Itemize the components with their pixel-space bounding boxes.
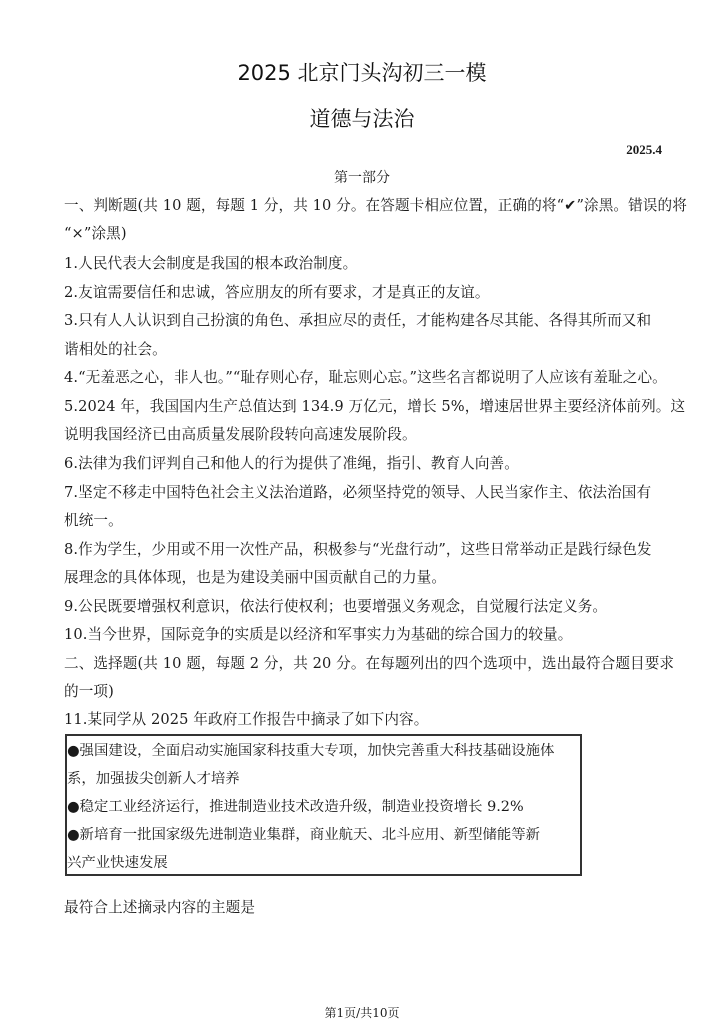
question-5: 5.2024 年，我国国内生产总值达到 134.9 万亿元，增长 5%，增速居世… xyxy=(64,395,685,416)
exam-date: 2025.4 xyxy=(626,142,662,158)
question-8-cont: 展理念的具体体现，也是为建设美丽中国贡献自己的力量。 xyxy=(64,566,446,587)
question-6: 6.法律为我们评判自己和他人的行为提供了准绳，指引、教育人向善。 xyxy=(64,452,519,473)
question-10: 10.当今世界，国际竞争的实质是以经济和军事实力为基础的综合国力的较量。 xyxy=(64,623,572,644)
question-5-cont: 说明我国经济已由高质量发展阶段转向高速发展阶段。 xyxy=(64,423,417,444)
question-7: 7.坚定不移走中国特色社会主义法治道路，必须坚持党的领导、人民当家作主、依法治国… xyxy=(64,481,651,502)
question-2: 2.友谊需要信任和忠诚，答应朋友的所有要求，才是真正的友谊。 xyxy=(64,281,490,302)
section2-instruction: 二、选择题(共 10 题，每题 2 分，共 20 分。在每题列出的四个选项中，选… xyxy=(64,652,674,673)
question-4: 4.“无羞恶之心，非人也。”“耻存则心存，耻忘则心忘。”这些名言都说明了人应该有… xyxy=(64,366,667,387)
excerpt-line: 系，加强拔尖创新人才培养 xyxy=(67,767,240,788)
excerpt-line: ●新培育一批国家级先进制造业集群，商业航天、北斗应用、新型储能等新 xyxy=(67,823,540,844)
question-3: 3.只有人人认识到自己扮演的角色、承担应尽的责任，才能构建各尽其能、各得其所而又… xyxy=(64,309,651,330)
question-11-prompt: 最符合上述摘录内容的主题是 xyxy=(64,896,255,917)
exam-title: 2025 北京门头沟初三一模 xyxy=(0,57,724,87)
question-9: 9.公民既要增强权利意识，依法行使权利；也要增强义务观念，自觉履行法定义务。 xyxy=(64,595,607,616)
question-8: 8.作为学生，少用或不用一次性产品，积极参与“光盘行动”，这些日常举动正是践行绿… xyxy=(64,538,652,559)
excerpt-line: ●强国建设，全面启动实施国家科技重大专项，加快完善重大科技基础设施体 xyxy=(67,739,554,760)
page-indicator: 第1页/共10页 xyxy=(0,1004,724,1021)
subject-title: 道德与法治 xyxy=(0,103,724,133)
question-3-cont: 谐相处的社会。 xyxy=(64,338,167,359)
section1-instruction-cont: “×”涂黑) xyxy=(64,222,127,243)
excerpt-line: 兴产业快速发展 xyxy=(67,851,168,872)
question-7-cont: 机统一。 xyxy=(64,509,123,530)
excerpt-box: ●强国建设，全面启动实施国家科技重大专项，加快完善重大科技基础设施体 系，加强拔… xyxy=(65,734,582,876)
question-11-stem: 11.某同学从 2025 年政府工作报告中摘录了如下内容。 xyxy=(64,708,428,729)
question-1: 1.人民代表大会制度是我国的根本政治制度。 xyxy=(64,252,357,273)
section1-instruction: 一、判断题(共 10 题，每题 1 分，共 10 分。在答题卡相应位置，正确的将… xyxy=(64,194,687,215)
section2-instruction-cont: 的一项) xyxy=(64,680,114,701)
excerpt-line: ●稳定工业经济运行，推进制造业技术改造升级，制造业投资增长 9.2% xyxy=(67,795,524,816)
part-heading: 第一部分 xyxy=(0,167,724,187)
